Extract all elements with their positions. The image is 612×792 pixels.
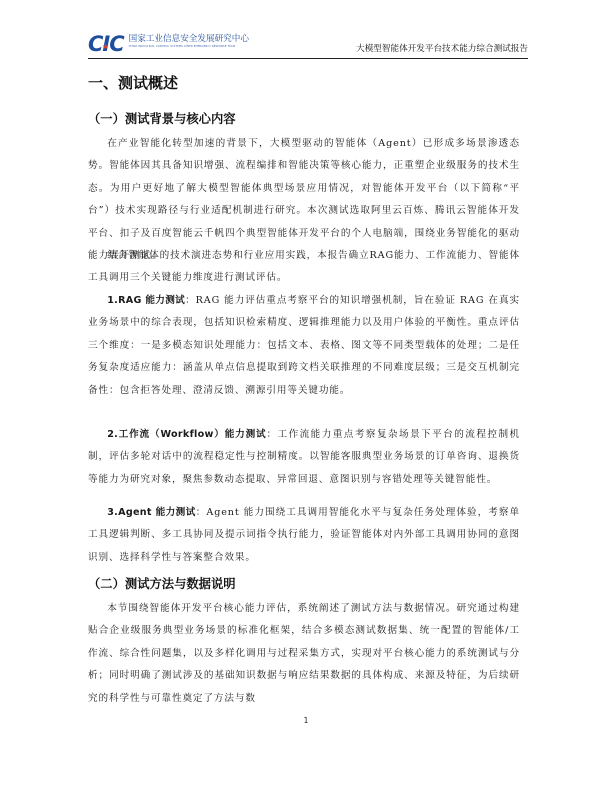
star-icon: ★ xyxy=(102,37,108,57)
logo-text: 国家工业信息安全发展研究中心 CHINA INDUSTRIAL CONTROL … xyxy=(129,34,249,49)
workflow-test-label: 2.工作流（Workflow）能力测试 xyxy=(107,429,266,440)
agent-test-label: 3.Agent 能力测试 xyxy=(107,507,196,518)
paragraph-agent-test: 3.Agent 能力测试：Agent 能力围绕工具调用智能化水平与复杂任务处理体… xyxy=(88,502,520,569)
paragraph-workflow-test: 2.工作流（Workflow）能力测试：工作流能力重点考察复杂场景下平台的流程控… xyxy=(88,424,520,491)
page-header: CIC ★ 国家工业信息安全发展研究中心 CHINA INDUSTRIAL CO… xyxy=(88,32,528,59)
cic-logo-mark: CIC ★ xyxy=(88,34,124,54)
page-number: 1 xyxy=(0,716,612,725)
paragraph-methods: 本节围绕智能体开发平台核心能力评估，系统阐述了测试方法与数据情况。研究通过构建贴… xyxy=(88,598,520,710)
org-name-en: CHINA INDUSTRIAL CONTROL SYSTEMS CYBER E… xyxy=(129,45,249,49)
section-heading: 一、测试概述 xyxy=(88,72,178,93)
rag-test-text: ：RAG 能力评估重点考察平台的知识增强机制，旨在验证 RAG 在真实业务场景中… xyxy=(88,295,520,396)
rag-test-label: 1.RAG 能力测试 xyxy=(107,295,185,306)
org-name-cn: 国家工业信息安全发展研究中心 xyxy=(129,34,249,45)
subsection-heading-2: （二）测试方法与数据说明 xyxy=(88,574,236,592)
cic-logo: CIC ★ 国家工业信息安全发展研究中心 CHINA INDUSTRIAL CO… xyxy=(88,34,249,54)
paragraph-rag-test: 1.RAG 能力测试：RAG 能力评估重点考察平台的知识增强机制，旨在验证 RA… xyxy=(88,290,520,402)
paragraph-dimensions: 结合智能体的技术演进态势和行业应用实践，本报告确立RAG能力、工作流能力、智能体… xyxy=(88,245,520,290)
subsection-heading-1: （一）测试背景与核心内容 xyxy=(88,109,236,127)
report-title: 大模型智能体开发平台技术能力综合测试报告 xyxy=(356,42,528,54)
